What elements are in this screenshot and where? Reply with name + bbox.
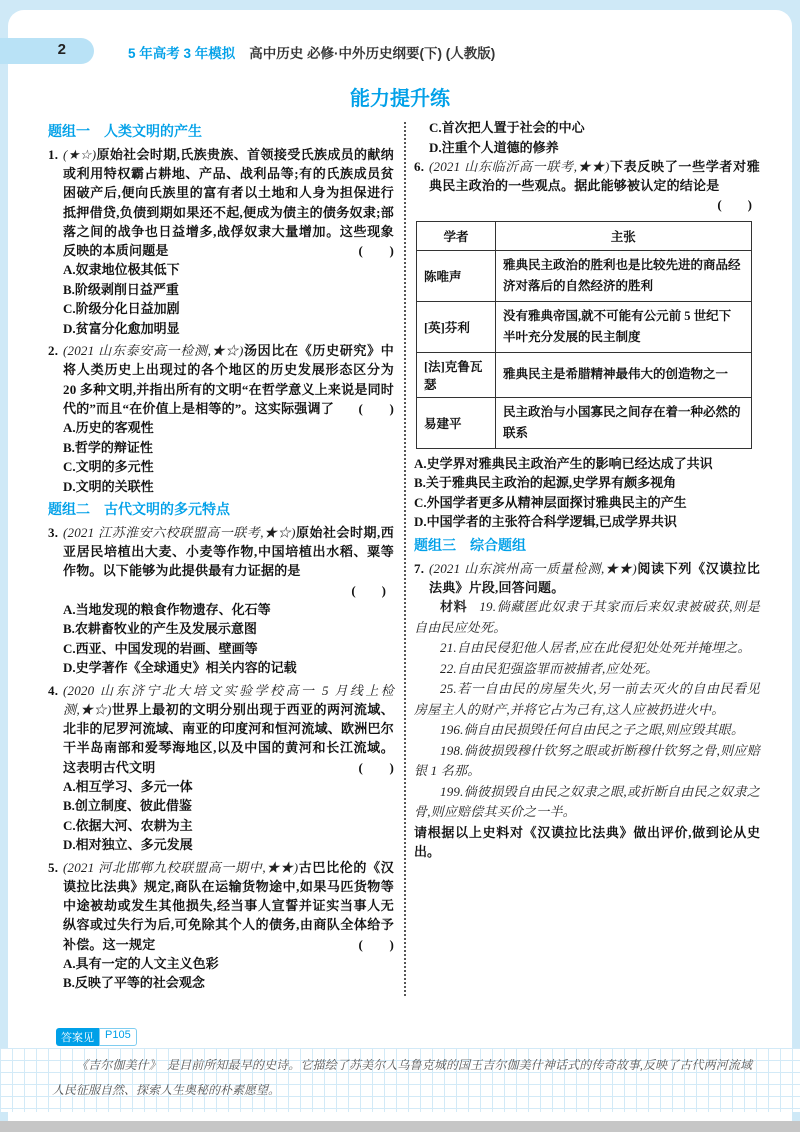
question-number: 4.: [48, 681, 58, 700]
scholar-claims-table: 学者 主张 陈唯声 雅典民主政治的胜利也是比较先进的商品经济对落后的自然经济的胜…: [416, 221, 752, 449]
group-title: 综合题组: [470, 537, 526, 553]
answer-bracket: ( ): [48, 581, 394, 600]
question-number: 2.: [48, 341, 58, 360]
question-stem: 2.(2021 山东泰安高一检测,★☆)汤因比在《历史研究》中将人类历史上出现过…: [48, 341, 394, 418]
group-title: 人类文明的产生: [104, 123, 202, 139]
option-c: C.首次把人置于社会的中心: [429, 118, 760, 138]
scholar-claim: 雅典民主政治的胜利也是比较先进的商品经济对落后的自然经济的胜利: [496, 250, 752, 301]
question-source: (2021 江苏淮安六校联盟高一联考,★☆): [63, 525, 296, 540]
question-source: (2021 山东滨州高一质量检测,★★): [429, 561, 637, 576]
options-list: A.史学界对雅典民主政治产生的影响已经达成了共识 B.关于雅典民主政治的起源,史…: [414, 454, 760, 532]
option-b: B.创立制度、彼此借鉴: [63, 796, 394, 816]
material-paragraph: 材料19.倘藏匿此奴隶于其家而后来奴隶被破获,则是自由民应处死。: [414, 597, 760, 638]
options-list: A.具有一定的人文主义色彩 B.反映了平等的社会观念: [48, 954, 394, 993]
question-task: 请根据以上史料对《汉谟拉比法典》做出评价,做到论从史出。: [414, 823, 760, 862]
question-7: 7.(2021 山东滨州高一质量检测,★★)阅读下列《汉谟拉比法典》片段,回答问…: [414, 559, 760, 862]
question-3: 3.(2021 江苏淮安六校联盟高一联考,★☆)原始社会时期,西亚居民培植出大麦…: [48, 523, 394, 678]
question-number: 6.: [414, 157, 424, 176]
option-a: A.当地发现的粮食作物遗存、化石等: [63, 600, 394, 620]
option-a: A.奴隶地位极其低下: [63, 260, 394, 280]
column-header-scholar: 学者: [417, 221, 496, 250]
law-clause-21: 21.自由民侵犯他人居者,应在此侵犯处处死并掩埋之。: [414, 638, 760, 659]
options-list: A.历史的客观性 B.哲学的辩证性 C.文明的多元性 D.文明的关联性: [48, 418, 394, 496]
question-number: 3.: [48, 523, 58, 542]
textbook-page: 2 5 年高考 3 年模拟高中历史 必修·中外历史纲要(下) (人教版) 能力提…: [0, 0, 800, 1132]
question-text: 原始社会时期,氏族贵族、首领接受氏族成员的献纳或利用特权霸占耕地、产品、战利品等…: [63, 147, 394, 258]
epic-footnote: 《吉尔伽美什》 是目前所知最早的史诗。它描绘了苏美尔人乌鲁克城的国王吉尔伽美什神…: [0, 1048, 800, 1102]
option-a: A.具有一定的人文主义色彩: [63, 954, 394, 974]
table-row: [英]芬利 没有雅典帝国,就不可能有公元前 5 世纪下半叶充分发展的民主制度: [417, 301, 752, 352]
answer-bracket: ( ): [359, 935, 394, 954]
question-stem: 3.(2021 江苏淮安六校联盟高一联考,★☆)原始社会时期,西亚居民培植出大麦…: [48, 523, 394, 581]
option-b: B.阶级剥削日益严重: [63, 280, 394, 300]
page-header: 5 年高考 3 年模拟高中历史 必修·中外历史纲要(下) (人教版): [128, 42, 495, 62]
answer-bracket: ( ): [359, 758, 394, 777]
question-text: 世界上最初的文明分别出现于西亚的两河流域、北非的尼罗河流域、南亚的印度河和恒河流…: [63, 702, 394, 775]
option-d: D.文明的关联性: [63, 477, 394, 497]
footnote-grid-band: 《吉尔伽美什》 是目前所知最早的史诗。它描绘了苏美尔人乌鲁克城的国王吉尔伽美什神…: [0, 1048, 800, 1112]
question-stem: 7.(2021 山东滨州高一质量检测,★★)阅读下列《汉谟拉比法典》片段,回答问…: [414, 559, 760, 597]
scholar-claim: 没有雅典帝国,就不可能有公元前 5 世纪下半叶充分发展的民主制度: [496, 301, 752, 352]
law-clause-22: 22.自由民犯强盗罪而被捕者,应处死。: [414, 659, 760, 680]
option-d: D.注重个人道德的修养: [429, 138, 760, 158]
question-stem: 6.(2021 山东临沂高一联考,★★)下表反映了一些学者对雅典民主政治的一些观…: [414, 157, 760, 195]
scholar-name: 易建平: [417, 397, 496, 448]
scholar-claim: 雅典民主是希腊精神最伟大的创造物之一: [496, 352, 752, 397]
question-5: 5.(2021 河北邯郸九校联盟高一期中,★★)古巴比伦的《汉谟拉比法典》规定,…: [48, 858, 394, 993]
option-b: B.农耕畜牧业的产生及发展示意图: [63, 619, 394, 639]
option-b: B.反映了平等的社会观念: [63, 973, 394, 993]
option-a: A.史学界对雅典民主政治产生的影响已经达成了共识: [414, 454, 760, 474]
scholar-name: [法]克鲁瓦瑟: [417, 352, 496, 397]
table-row: 易建平 民主政治与小国寡民之间存在着一种必然的联系: [417, 397, 752, 448]
answer-bracket: ( ): [414, 195, 760, 214]
group-title: 古代文明的多元特点: [104, 501, 230, 517]
answer-reference-label: 答案见: [56, 1028, 99, 1046]
column-divider: [404, 122, 406, 996]
section-title: 能力提升练: [0, 82, 800, 111]
question-stem: 5.(2021 河北邯郸九校联盟高一期中,★★)古巴比伦的《汉谟拉比法典》规定,…: [48, 858, 394, 954]
question-source: (2021 山东临沂高一联考,★★): [429, 159, 610, 174]
option-d: D.中国学者的主张符合科学逻辑,已成学界共识: [414, 512, 760, 532]
options-list: A.相互学习、多元一体 B.创立制度、彼此借鉴 C.依据大河、农耕为主 D.相对…: [48, 777, 394, 855]
scholar-claim: 民主政治与小国寡民之间存在着一种必然的联系: [496, 397, 752, 448]
question-5-options-continued: C.首次把人置于社会的中心 D.注重个人道德的修养: [414, 118, 760, 157]
option-c: C.西亚、中国发现的岩画、壁画等: [63, 639, 394, 659]
answer-bracket: ( ): [359, 399, 394, 418]
group-label: 题组二: [48, 501, 90, 517]
option-c: C.文明的多元性: [63, 457, 394, 477]
question-stem: 4.(2020 山东济宁北大培文实验学校高一 5 月线上检测,★☆)世界上最初的…: [48, 681, 394, 777]
option-b: B.哲学的辩证性: [63, 438, 394, 458]
question-number: 7.: [414, 559, 424, 578]
right-column: C.首次把人置于社会的中心 D.注重个人道德的修养 6.(2021 山东临沂高一…: [414, 118, 760, 996]
scholar-name: 陈唯声: [417, 250, 496, 301]
option-c: C.依据大河、农耕为主: [63, 816, 394, 836]
option-c: C.外国学者更多从精神层面探讨雅典民主的产生: [414, 493, 760, 513]
law-clause-25: 25.若一自由民的房屋失火,另一前去灭火的自由民看见房屋主人的财产,并将它占为己…: [414, 679, 760, 720]
question-source: (2021 山东泰安高一检测,★☆): [63, 343, 244, 358]
group-label: 题组一: [48, 123, 90, 139]
group-header-3: 题组三综合题组: [414, 535, 760, 555]
group-header-1: 题组一人类文明的产生: [48, 121, 394, 141]
question-4: 4.(2020 山东济宁北大培文实验学校高一 5 月线上检测,★☆)世界上最初的…: [48, 681, 394, 855]
question-stem: 1.(★☆)原始社会时期,氏族贵族、首领接受氏族成员的献纳或利用特权霸占耕地、产…: [48, 145, 394, 260]
series-title: 5 年高考 3 年模拟: [128, 46, 235, 61]
options-list: A.当地发现的粮食作物遗存、化石等 B.农耕畜牧业的产生及发展示意图 C.西亚、…: [48, 600, 394, 678]
answer-reference-page: P105: [99, 1028, 137, 1046]
group-header-2: 题组二古代文明的多元特点: [48, 499, 394, 519]
question-source: (★☆): [63, 147, 96, 162]
page-bottom-edge: [0, 1121, 800, 1132]
law-clause-198: 198.倘彼损毁穆什钦努之眼或折断穆什钦努之骨,则应赔银 1 名那。: [414, 741, 760, 782]
group-label: 题组三: [414, 537, 456, 553]
scholar-name: [英]芬利: [417, 301, 496, 352]
page-number: 2: [58, 41, 66, 58]
options-list: A.奴隶地位极其低下 B.阶级剥削日益严重 C.阶级分化日益加剧 D.贫富分化愈…: [48, 260, 394, 338]
question-number: 5.: [48, 858, 58, 877]
two-column-layout: 题组一人类文明的产生 1.(★☆)原始社会时期,氏族贵族、首领接受氏族成员的献纳…: [48, 118, 760, 996]
question-6: 6.(2021 山东临沂高一联考,★★)下表反映了一些学者对雅典民主政治的一些观…: [414, 157, 760, 532]
question-source: (2021 河北邯郸九校联盟高一期中,★★): [63, 860, 298, 875]
option-b: B.关于雅典民主政治的起源,史学界有颇多视角: [414, 473, 760, 493]
book-subtitle: 高中历史 必修·中外历史纲要(下) (人教版): [249, 46, 495, 61]
option-a: A.历史的客观性: [63, 418, 394, 438]
option-d: D.相对独立、多元发展: [63, 835, 394, 855]
answer-reference-badge: 答案见 P105: [56, 1028, 137, 1046]
option-a: A.相互学习、多元一体: [63, 777, 394, 797]
column-header-claim: 主张: [496, 221, 752, 250]
page-number-pill: 2: [0, 38, 94, 64]
option-d: D.史学著作《全球通史》相关内容的记载: [63, 658, 394, 678]
law-clause-199: 199.倘彼损毁自由民之奴隶之眼,或折断自由民之奴隶之骨,则应赔偿其买价之一半。: [414, 782, 760, 823]
answer-bracket: ( ): [359, 241, 394, 260]
table-row: 陈唯声 雅典民主政治的胜利也是比较先进的商品经济对落后的自然经济的胜利: [417, 250, 752, 301]
option-c: C.阶级分化日益加剧: [63, 299, 394, 319]
law-clause-196: 196.倘自由民损毁任何自由民之子之眼,则应毁其眼。: [414, 720, 760, 741]
table-row: [法]克鲁瓦瑟 雅典民主是希腊精神最伟大的创造物之一: [417, 352, 752, 397]
option-d: D.贫富分化愈加明显: [63, 319, 394, 339]
left-column: 题组一人类文明的产生 1.(★☆)原始社会时期,氏族贵族、首领接受氏族成员的献纳…: [48, 118, 394, 996]
question-1: 1.(★☆)原始社会时期,氏族贵族、首领接受氏族成员的献纳或利用特权霸占耕地、产…: [48, 145, 394, 338]
material-label: 材料: [440, 599, 467, 614]
table-header-row: 学者 主张: [417, 221, 752, 250]
question-number: 1.: [48, 145, 58, 164]
question-2: 2.(2021 山东泰安高一检测,★☆)汤因比在《历史研究》中将人类历史上出现过…: [48, 341, 394, 496]
